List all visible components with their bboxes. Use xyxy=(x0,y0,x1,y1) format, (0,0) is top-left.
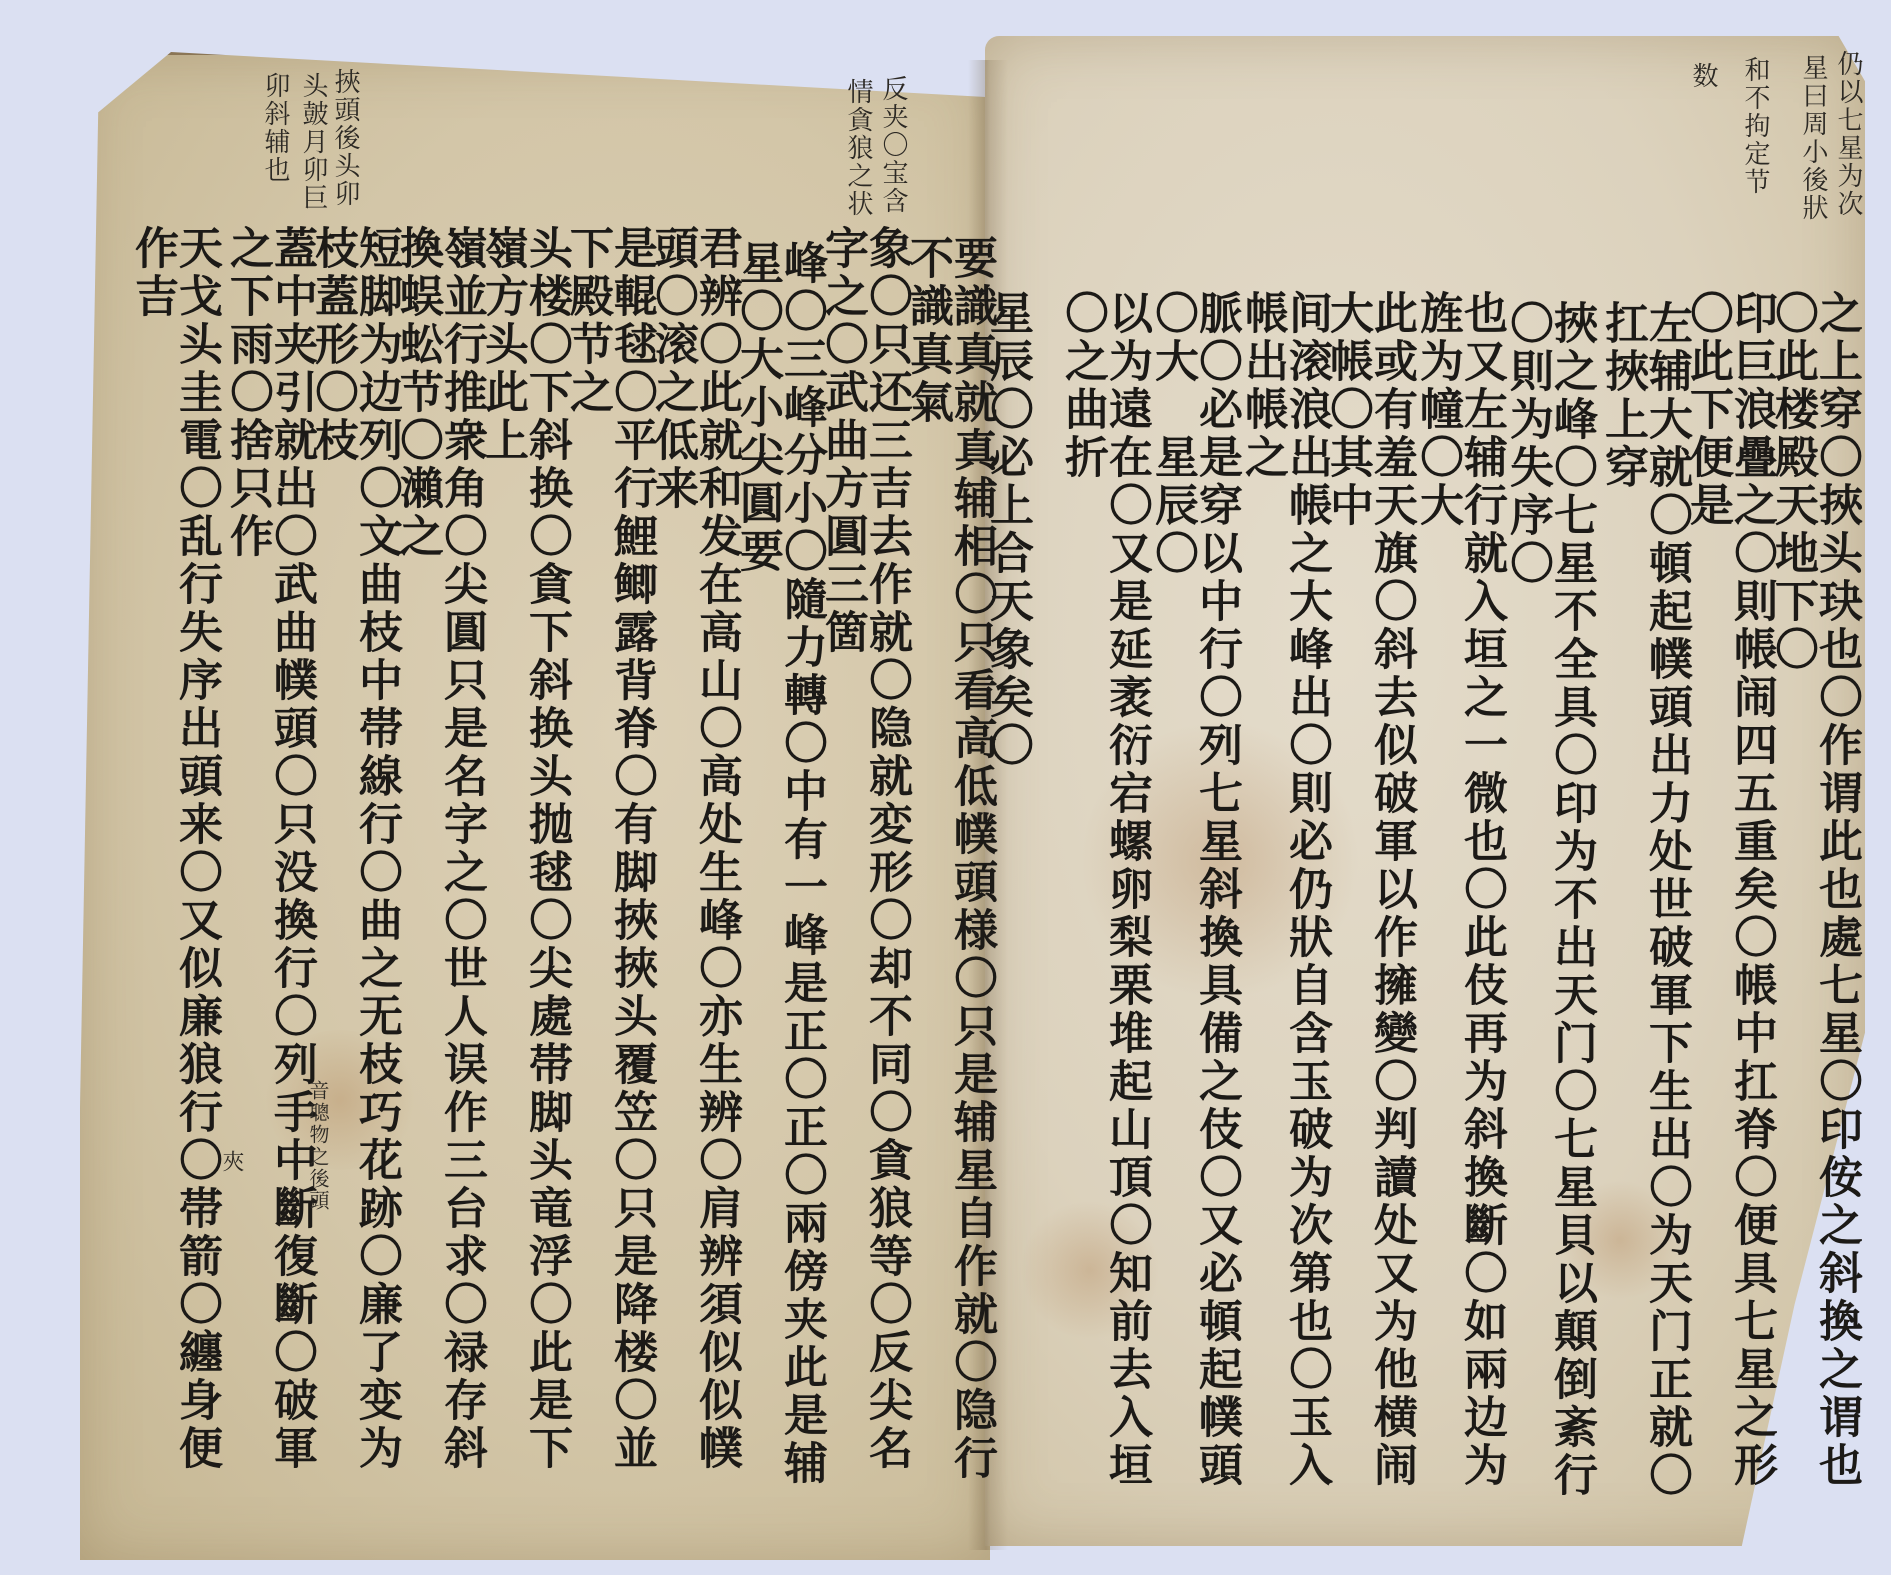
right-top-note-1: 仍以七星为次 xyxy=(1835,50,1861,218)
left-column-4: 峰〇三峰分小〇隨力轉〇中有一峰是正〇正〇兩傍夹此是辅星〇大小尖圓要 xyxy=(735,240,823,1490)
right-column-9: 以为遠在〇又是延袤衍宕螺卵梨栗堆起山頂〇知前去入垣〇之曲折 xyxy=(1060,290,1148,1490)
right-top-note-2: 星曰周小後狀 xyxy=(1800,54,1826,222)
left-column-3: 象〇只还三吉去作就〇隐就変形〇却不同〇貪狼等〇反尖名字之〇武曲方圓三箇 xyxy=(820,225,908,1475)
left-column-8: 嶺並行推衆角〇尖圓只是名字之〇世人误作三台求〇禄存斜換蜈蚣节〇瀨之 xyxy=(395,225,483,1475)
left-column-7: 头楼〇下斜换〇貪下斜换头抛毬〇尖處帯脚头竜浮〇此是下嶺方头此上 xyxy=(480,225,568,1475)
left-top-note-1: 反夹〇宝含 xyxy=(880,75,906,215)
left-top-note-3: 挾頭後头卯 xyxy=(332,68,358,208)
left-top-note-2: 情貪狼之状 xyxy=(845,78,871,218)
right-column-7: 间滚浪出帳之大峰出〇則必仍狀自含玉破为次第也〇玉入帳出帳之 xyxy=(1240,290,1328,1490)
left-side-note-2: 夾 xyxy=(220,1150,242,1174)
right-column-4: 挾之峰〇七星不全具〇印为不出天门〇七星貝以顛倒紊行〇則为失序〇 xyxy=(1505,300,1593,1500)
right-column-3: 左辅大就〇頓起幞頭出力处世破軍下生出〇为天门正就〇扛挾上穿 xyxy=(1600,300,1688,1500)
right-column-2: 印巨浪疊之〇則帳闹四五重矣〇帳中扛脊〇便具七星之形〇此下便是 xyxy=(1685,290,1773,1490)
left-column-2: 要識真就真辅相〇只看高低幞頭様〇只是辅星自作就〇隐行不識真氣 xyxy=(905,235,993,1485)
left-top-note-4: 头皷月卯巨 xyxy=(300,72,326,212)
right-column-8: 脈〇必是穿以中行〇列七星斜換具備之伎〇又必頓起幞頭〇大 星辰〇 xyxy=(1150,290,1238,1490)
left-column-5: 君辨〇此就和发在高山〇高处生峰〇亦生辨〇肩辨須似似幞頭〇滚之低来 xyxy=(650,225,738,1475)
left-top-note-5: 卯斜辅也 xyxy=(262,72,288,184)
left-column-11: 天戈头圭電〇乱行失序出頭来〇又似廉狼行〇帯箭〇纏身便作吉 xyxy=(130,225,218,1475)
left-column-10: 蓋中夹引就出〇武曲幞頭〇只没換行〇列手中斷復斷〇破軍之下雨〇捨只作 xyxy=(225,225,313,1475)
left-column-9: 短脚为边列〇文曲枝中帯線行〇曲之无枝巧花跡〇廉了变为枝蓋形〇枝 xyxy=(310,225,398,1475)
right-column-6: 此或有羞天旗〇斜去似破軍以作擁變〇判讀处又为他横闹大帳〇其中 xyxy=(1325,290,1413,1490)
left-column-6: 是輥毬〇平行鯉鲫露背脊〇有脚挾挾头覆笠〇只是降楼〇並下殿节之 xyxy=(565,225,653,1475)
left-side-note-1: 音聰物之後頭 xyxy=(308,1080,328,1212)
right-top-note-3: 和不拘定节 xyxy=(1742,56,1768,196)
manuscript-spread: 仍以七星为次 星曰周小後狀 和不拘定节 数 之上穿〇挾头玦也〇作谓此也處七星〇印… xyxy=(0,0,1891,1575)
right-column-1: 之上穿〇挾头玦也〇作谓此也處七星〇印侒之斜換之谓也〇此楼殿天地下〇 xyxy=(1770,290,1858,1530)
right-top-note-4: 数 xyxy=(1690,62,1716,90)
right-column-5: 也又左辅行就入垣之一微也〇此伎再为斜換斷〇如兩边为旌为幢〇大 xyxy=(1415,290,1503,1530)
